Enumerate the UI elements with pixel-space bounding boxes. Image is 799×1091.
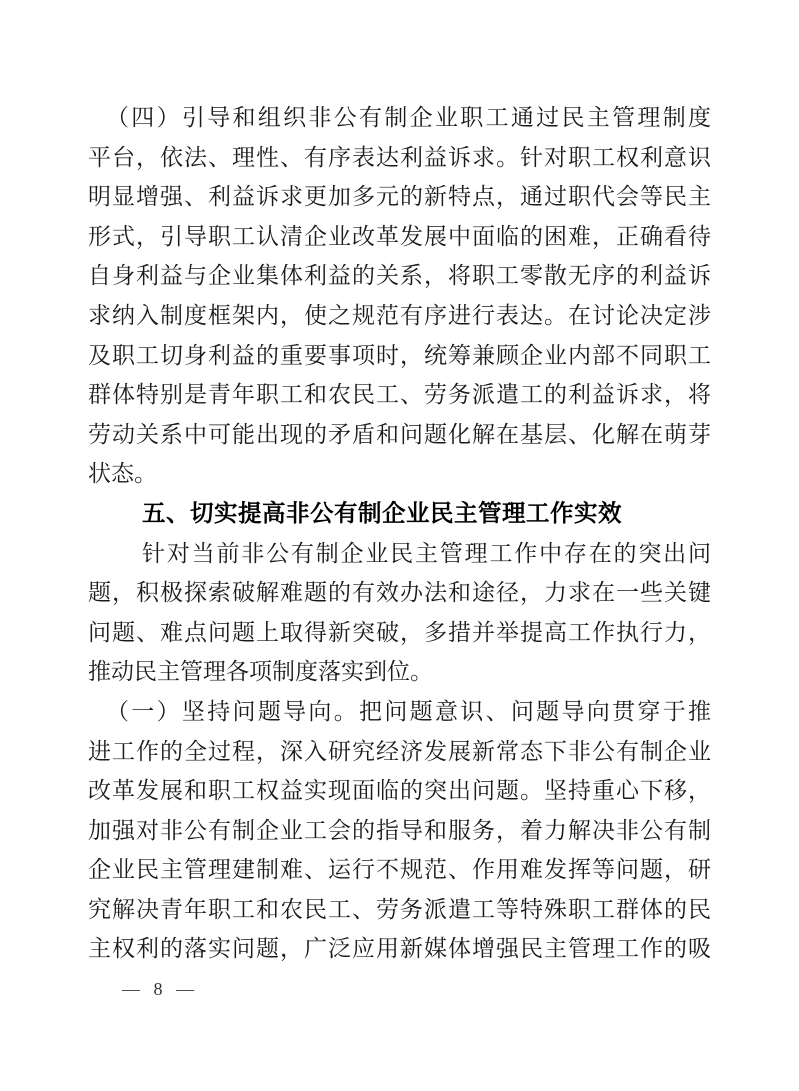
text-line: 劳动关系中可能出现的矛盾和问题化解在基层、化解在萌芽 — [88, 415, 711, 455]
text-line: 形式，引导职工认清企业改革发展中面临的困难，正确看待 — [88, 217, 711, 257]
paragraph-section-5-intro: 针对当前非公有制企业民主管理工作中存在的突出问题，积极探索破解难题的有效办法和途… — [88, 534, 711, 692]
text-line: 改革发展和职工权益实现面临的突出问题。坚持重心下移， — [88, 771, 711, 811]
text-line: 问题、难点问题上取得新突破，多措并举提高工作执行力， — [88, 613, 711, 653]
paragraph-item-4-continuation: （四）引导和组织非公有制企业职工通过民主管理制度平台，依法、理性、有序表达利益诉… — [88, 98, 711, 494]
text-line: 主权利的落实问题，广泛应用新媒体增强民主管理工作的吸 — [88, 929, 711, 969]
text-line: 五、切实提高非公有制企业民主管理工作实效 — [88, 494, 711, 534]
section-5-heading: 五、切实提高非公有制企业民主管理工作实效 — [88, 494, 711, 534]
text-line: 求纳入制度框架内，使之规范有序进行表达。在讨论决定涉 — [88, 296, 711, 336]
text-line: 及职工切身利益的重要事项时，统筹兼顾企业内部不同职工 — [88, 336, 711, 376]
text-line: 加强对非公有制企业工会的指导和服务，着力解决非公有制 — [88, 811, 711, 851]
text-line: 平台，依法、理性、有序表达利益诉求。针对职工权利意识 — [88, 138, 711, 178]
text-line: 题，积极探索破解难题的有效办法和途径，力求在一些关键 — [88, 573, 711, 613]
text-line: 推动民主管理各项制度落实到位。 — [88, 652, 711, 692]
text-line: （四）引导和组织非公有制企业职工通过民主管理制度 — [88, 98, 711, 138]
text-line: 状态。 — [88, 454, 711, 494]
document-body: （四）引导和组织非公有制企业职工通过民主管理制度平台，依法、理性、有序表达利益诉… — [88, 98, 711, 969]
text-line: 究解决青年职工和农民工、劳务派遣工等特殊职工群体的民 — [88, 890, 711, 930]
text-line: （一）坚持问题导向。把问题意识、问题导向贯穿于推 — [88, 692, 711, 732]
page-number: — 8 — — [122, 979, 194, 1000]
text-line: 针对当前非公有制企业民主管理工作中存在的突出问 — [88, 534, 711, 574]
text-line: 明显增强、利益诉求更加多元的新特点，通过职代会等民主 — [88, 177, 711, 217]
text-line: 企业民主管理建制难、运行不规范、作用难发挥等问题，研 — [88, 850, 711, 890]
text-line: 自身利益与企业集体利益的关系，将职工零散无序的利益诉 — [88, 256, 711, 296]
text-line: 群体特别是青年职工和农民工、劳务派遣工的利益诉求，将 — [88, 375, 711, 415]
text-line: 进工作的全过程，深入研究经济发展新常态下非公有制企业 — [88, 732, 711, 772]
paragraph-item-1-problem-orientation: （一）坚持问题导向。把问题意识、问题导向贯穿于推进工作的全过程，深入研究经济发展… — [88, 692, 711, 969]
document-page: { "page": { "background_color": "#ffffff… — [0, 0, 799, 1091]
